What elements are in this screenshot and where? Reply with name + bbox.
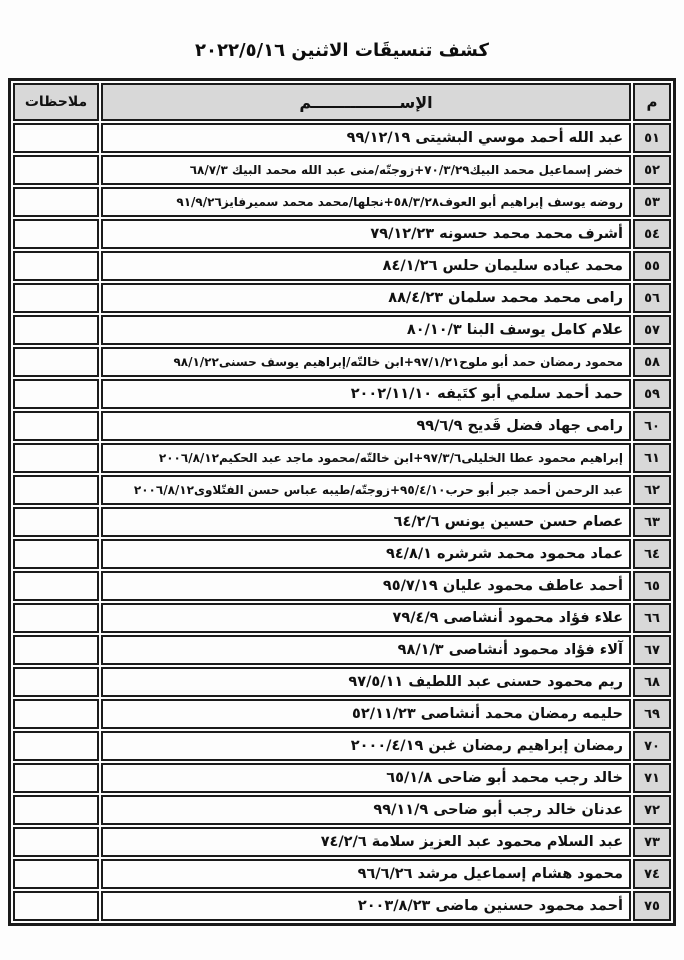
name-cell: علاء فؤاد محمود أنشاصى ٧٩/٤/٩ bbox=[101, 603, 631, 633]
notes-cell bbox=[13, 859, 99, 889]
table-row: ٦٨ريم محمود حسنى عبد اللطيف ٩٧/٥/١١ bbox=[13, 667, 671, 697]
notes-cell bbox=[13, 187, 99, 217]
serial-cell: ٧٠ bbox=[633, 731, 671, 761]
serial-cell: ٥٨ bbox=[633, 347, 671, 377]
table-row: ٥٩حمد أحمد سلمي أبو كتَيفه ٢٠٠٢/١١/١٠ bbox=[13, 379, 671, 409]
notes-cell bbox=[13, 667, 99, 697]
notes-cell bbox=[13, 155, 99, 185]
name-cell: خضر إسماعيل محمد البيك٧٠/٣/٢٩+زوجتّه/منى… bbox=[101, 155, 631, 185]
name-cell: عصام حسن حسين يونس ٦٤/٢/٦ bbox=[101, 507, 631, 537]
notes-cell bbox=[13, 539, 99, 569]
name-cell: رمضان إبراهيم رمضان غبن ٢٠٠٠/٤/١٩ bbox=[101, 731, 631, 761]
table-row: ٧٣عبد السلام محمود عبد العزيز سلامة ٧٤/٢… bbox=[13, 827, 671, 857]
serial-cell: ٦٩ bbox=[633, 699, 671, 729]
table-row: ٥٥محمد عياده سليمان حلس ٨٤/١/٢٦ bbox=[13, 251, 671, 281]
notes-cell bbox=[13, 219, 99, 249]
serial-cell: ٦٥ bbox=[633, 571, 671, 601]
notes-cell bbox=[13, 475, 99, 505]
name-cell: رامى جهاد فضل قَديح ٩٩/٦/٩ bbox=[101, 411, 631, 441]
header-serial: م bbox=[633, 83, 671, 121]
table-row: ٧١خالد رجب محمد أبو ضاحى ٦٥/١/٨ bbox=[13, 763, 671, 793]
name-cell: محمود رمضان حمد أبو ملوح٩٧/١/٢١+ابن خالت… bbox=[101, 347, 631, 377]
table-row: ٧٤محمود هشام إسماعيل مرشد ٩٦/٦/٢٦ bbox=[13, 859, 671, 889]
name-cell: عدنان خالد رجب أبو ضاحى ٩٩/١١/٩ bbox=[101, 795, 631, 825]
notes-cell bbox=[13, 571, 99, 601]
name-cell: إبراهيم محمود عطا الخليلى٩٧/٣/٦+ابن خالت… bbox=[101, 443, 631, 473]
table-row: ٧٠رمضان إبراهيم رمضان غبن ٢٠٠٠/٤/١٩ bbox=[13, 731, 671, 761]
notes-cell bbox=[13, 635, 99, 665]
name-cell: أحمد محمود حسنين ماضى ٢٠٠٣/٨/٢٣ bbox=[101, 891, 631, 921]
serial-cell: ٦٨ bbox=[633, 667, 671, 697]
table-row: ٧٥أحمد محمود حسنين ماضى ٢٠٠٣/٨/٢٣ bbox=[13, 891, 671, 921]
table-row: ٧٢عدنان خالد رجب أبو ضاحى ٩٩/١١/٩ bbox=[13, 795, 671, 825]
serial-cell: ٥٣ bbox=[633, 187, 671, 217]
serial-cell: ٧٢ bbox=[633, 795, 671, 825]
name-cell: محمود هشام إسماعيل مرشد ٩٦/٦/٢٦ bbox=[101, 859, 631, 889]
coordination-table: م الإســــــــــــــــم ملاحظات ٥١عبد ال… bbox=[8, 78, 676, 926]
serial-cell: ٧١ bbox=[633, 763, 671, 793]
table-row: ٦٤عماد محمود محمد شرشره ٩٤/٨/١ bbox=[13, 539, 671, 569]
serial-cell: ٥٦ bbox=[633, 283, 671, 313]
name-cell: أحمد عاطف محمود عليان ٩٥/٧/١٩ bbox=[101, 571, 631, 601]
name-cell: خالد رجب محمد أبو ضاحى ٦٥/١/٨ bbox=[101, 763, 631, 793]
name-cell: علام كامل يوسف البنا ٨٠/١٠/٣ bbox=[101, 315, 631, 345]
document-title: كشف تنسيقَات الاثنين ٢٠٢٢/٥/١٦ bbox=[0, 0, 684, 69]
notes-cell bbox=[13, 763, 99, 793]
serial-cell: ٦١ bbox=[633, 443, 671, 473]
notes-cell bbox=[13, 283, 99, 313]
table-row: ٦٦علاء فؤاد محمود أنشاصى ٧٩/٤/٩ bbox=[13, 603, 671, 633]
serial-cell: ٦٧ bbox=[633, 635, 671, 665]
table-row: ٥٢خضر إسماعيل محمد البيك٧٠/٣/٢٩+زوجتّه/م… bbox=[13, 155, 671, 185]
table-row: ٥٦رامى محمد محمد سلمان ٨٨/٤/٢٣ bbox=[13, 283, 671, 313]
name-cell: حليمه رمضان محمد أنشاصى ٥٢/١١/٢٣ bbox=[101, 699, 631, 729]
notes-cell bbox=[13, 795, 99, 825]
table-row: ٦٢عبد الرحمن أحمد جبر أبو حرب٩٥/٤/١٠+زوج… bbox=[13, 475, 671, 505]
name-cell: عبد الله أحمد موسي البشيتى ٩٩/١٢/١٩ bbox=[101, 123, 631, 153]
table-row: ٥١عبد الله أحمد موسي البشيتى ٩٩/١٢/١٩ bbox=[13, 123, 671, 153]
notes-cell bbox=[13, 603, 99, 633]
name-cell: عبد الرحمن أحمد جبر أبو حرب٩٥/٤/١٠+زوجتّ… bbox=[101, 475, 631, 505]
name-cell: عماد محمود محمد شرشره ٩٤/٨/١ bbox=[101, 539, 631, 569]
name-cell: محمد عياده سليمان حلس ٨٤/١/٢٦ bbox=[101, 251, 631, 281]
notes-cell bbox=[13, 379, 99, 409]
notes-cell bbox=[13, 411, 99, 441]
notes-cell bbox=[13, 507, 99, 537]
name-cell: آلاء فؤاد محمود أنشاصى ٩٨/١/٣ bbox=[101, 635, 631, 665]
notes-cell bbox=[13, 251, 99, 281]
serial-cell: ٥٢ bbox=[633, 155, 671, 185]
table-row: ٦٥أحمد عاطف محمود عليان ٩٥/٧/١٩ bbox=[13, 571, 671, 601]
name-cell: روضه يوسف إبراهيم أبو العوف٥٨/٣/٢٨+نجلها… bbox=[101, 187, 631, 217]
name-cell: حمد أحمد سلمي أبو كتَيفه ٢٠٠٢/١١/١٠ bbox=[101, 379, 631, 409]
notes-cell bbox=[13, 315, 99, 345]
serial-cell: ٦٢ bbox=[633, 475, 671, 505]
serial-cell: ٥٥ bbox=[633, 251, 671, 281]
serial-cell: ٧٥ bbox=[633, 891, 671, 921]
table-row: ٦٩حليمه رمضان محمد أنشاصى ٥٢/١١/٢٣ bbox=[13, 699, 671, 729]
header-notes: ملاحظات bbox=[13, 83, 99, 121]
notes-cell bbox=[13, 731, 99, 761]
name-cell: أشرف محمد محمد حسونه ٧٩/١٢/٢٣ bbox=[101, 219, 631, 249]
notes-cell bbox=[13, 347, 99, 377]
name-cell: ريم محمود حسنى عبد اللطيف ٩٧/٥/١١ bbox=[101, 667, 631, 697]
serial-cell: ٥١ bbox=[633, 123, 671, 153]
table-row: ٦٠رامى جهاد فضل قَديح ٩٩/٦/٩ bbox=[13, 411, 671, 441]
notes-cell bbox=[13, 827, 99, 857]
serial-cell: ٧٤ bbox=[633, 859, 671, 889]
serial-cell: ٦٠ bbox=[633, 411, 671, 441]
serial-cell: ٥٧ bbox=[633, 315, 671, 345]
table-row: ٥٧علام كامل يوسف البنا ٨٠/١٠/٣ bbox=[13, 315, 671, 345]
serial-cell: ٦٤ bbox=[633, 539, 671, 569]
serial-cell: ٥٤ bbox=[633, 219, 671, 249]
name-cell: رامى محمد محمد سلمان ٨٨/٤/٢٣ bbox=[101, 283, 631, 313]
serial-cell: ٦٣ bbox=[633, 507, 671, 537]
table-row: ٦٧آلاء فؤاد محمود أنشاصى ٩٨/١/٣ bbox=[13, 635, 671, 665]
header-row: م الإســــــــــــــــم ملاحظات bbox=[13, 83, 671, 121]
serial-cell: ٧٣ bbox=[633, 827, 671, 857]
header-name: الإســــــــــــــــم bbox=[101, 83, 631, 121]
serial-cell: ٦٦ bbox=[633, 603, 671, 633]
notes-cell bbox=[13, 699, 99, 729]
notes-cell bbox=[13, 443, 99, 473]
table-row: ٥٤أشرف محمد محمد حسونه ٧٩/١٢/٢٣ bbox=[13, 219, 671, 249]
serial-cell: ٥٩ bbox=[633, 379, 671, 409]
table-row: ٥٨محمود رمضان حمد أبو ملوح٩٧/١/٢١+ابن خا… bbox=[13, 347, 671, 377]
name-cell: عبد السلام محمود عبد العزيز سلامة ٧٤/٢/٦ bbox=[101, 827, 631, 857]
notes-cell bbox=[13, 123, 99, 153]
table-row: ٥٣روضه يوسف إبراهيم أبو العوف٥٨/٣/٢٨+نجل… bbox=[13, 187, 671, 217]
table-row: ٦١إبراهيم محمود عطا الخليلى٩٧/٣/٦+ابن خا… bbox=[13, 443, 671, 473]
table-row: ٦٣عصام حسن حسين يونس ٦٤/٢/٦ bbox=[13, 507, 671, 537]
document-page: كشف تنسيقَات الاثنين ٢٠٢٢/٥/١٦ م الإســـ… bbox=[0, 0, 684, 960]
notes-cell bbox=[13, 891, 99, 921]
